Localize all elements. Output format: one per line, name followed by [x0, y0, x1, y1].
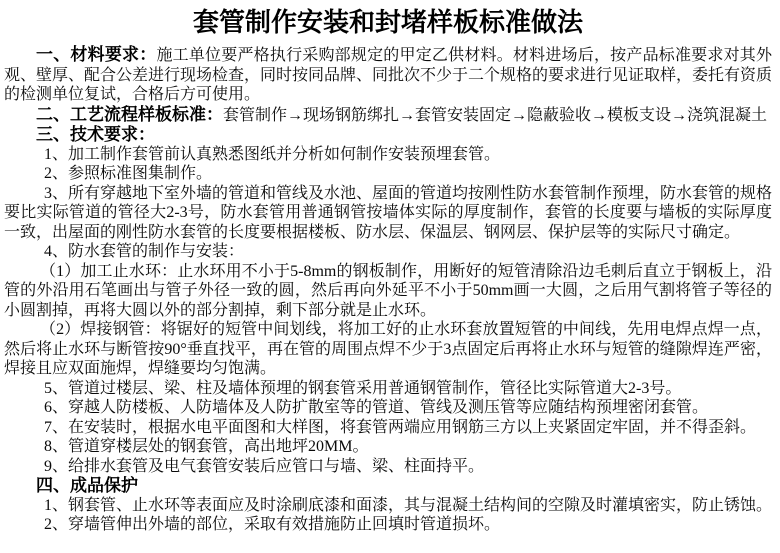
section-3-heading: 三、技术要求： [4, 125, 772, 145]
section-1-paragraph: 一、材料要求：施工单位要严格执行采购部规定的甲定乙供材料。材料进场后，按产品标准… [4, 45, 772, 105]
protection-item-1: 1、钢套管、止水环等表面应及时涂刷底漆和面漆，其与混凝土结构间的空隙及时灌填密实… [4, 496, 772, 516]
tech-item-2: 2、参照标准图集制作。 [4, 164, 772, 184]
tech-item-3: 3、所有穿越地下室外墙的管道和管线及水池、屋面的管道均按刚性防水套管制作预埋，防… [4, 184, 772, 243]
tech-item-8: 8、管道穿楼层处的钢套管，高出地坪20MM。 [4, 437, 772, 457]
tech-item-9: 9、给排水套管及电气套管安装后应管口与墙、梁、柱面持平。 [4, 457, 772, 477]
tech-item-7: 7、在安装时，根据水电平面图和大样图，将套管两端应用钢筋三方以上夹紧固定牢固，并… [4, 418, 772, 438]
tech-item-1: 1、加工制作套管前认真熟悉图纸并分析如何制作安装预埋套管。 [4, 145, 772, 165]
section-2-paragraph: 二、工艺流程样板标准：套管制作→现场钢筋绑扎→套管安装固定→隐蔽验收→模板支设→… [4, 105, 772, 126]
section-1-heading: 一、材料要求： [36, 45, 156, 64]
tech-item-6: 6、穿越人防楼板、人防墙体及人防扩散室等的管道、管线及测压管等应随结构预埋密闭套… [4, 398, 772, 418]
section-2-heading: 二、工艺流程样板标准： [36, 105, 223, 124]
protection-item-2: 2、穿墙管伸出外墙的部位，采取有效措施防止回填时管道损坏。 [4, 515, 772, 535]
document-page: 套管制作安装和封堵样板标准做法 一、材料要求：施工单位要严格执行采购部规定的甲定… [0, 0, 780, 553]
tech-item-4-sub-1: （1）加工止水环：止水环用不小于5-8mm的钢板制作，用断好的短管清除沿边毛刺后… [4, 262, 772, 321]
tech-item-5: 5、管道过楼层、梁、柱及墙体预埋的钢套管采用普通钢管制作，管径比实际管道大2-3… [4, 379, 772, 399]
tech-item-4-sub-2: （2）焊接钢管：将锯好的短管中间划线，将加工好的止水环套放置短管的中间线，先用电… [4, 320, 772, 379]
process-flow-text: 套管制作→现场钢筋绑扎→套管安装固定→隐蔽验收→模板支设→浇筑混凝土 [223, 107, 767, 124]
document-title: 套管制作安装和封堵样板标准做法 [4, 6, 772, 38]
tech-item-4: 4、防水套管的制作与安装： [4, 242, 772, 262]
section-4-heading: 四、成品保护 [4, 476, 772, 496]
